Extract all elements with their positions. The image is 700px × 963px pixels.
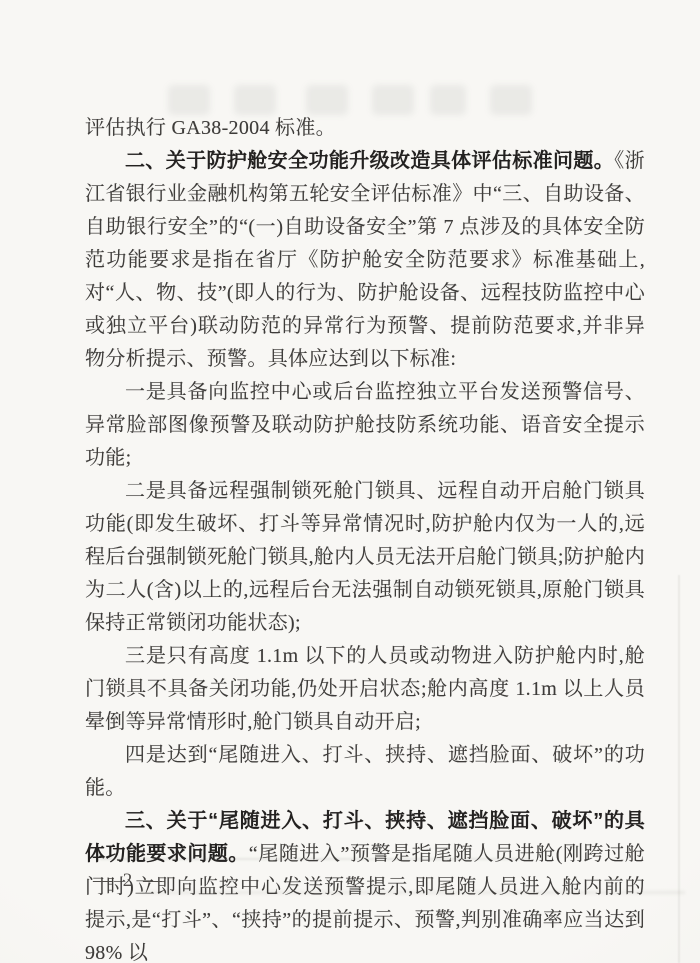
paragraph-text: 四是达到“尾随进入、打斗、挟持、遮挡脸面、破坏”的功能。: [85, 744, 645, 799]
paragraph-item-2: 二是具备远程强制锁死舱门锁具、远程自动开启舱门锁具功能(即发生破坏、打斗等异常情…: [85, 475, 645, 640]
paragraph-text: 一是具备向监控中心或后台监控独立平台发送预警信号、异常脸部图像预警及联动防护舱技…: [85, 381, 645, 469]
ink-bleed-blob: [490, 85, 532, 115]
ink-bleed-blob: [234, 85, 276, 115]
ink-bleed-blob: [372, 85, 414, 115]
paragraph-item-3: 三是只有高度 1.1m 以下的人员或动物进入防护舱内时,舱门锁具不具备关闭功能,…: [85, 640, 645, 739]
section-heading-2: 二、关于防护舱安全功能升级改造具体评估标准问题。: [125, 150, 614, 172]
paragraph-item-1: 一是具备向监控中心或后台监控独立平台发送预警信号、异常脸部图像预警及联动防护舱技…: [85, 376, 645, 475]
paragraph-text: 《浙江省银行业金融机构第五轮安全评估标准》中“三、自助设备、自助银行安全”的“(…: [85, 150, 645, 370]
paragraph-section-2: 二、关于防护舱安全功能升级改造具体评估标准问题。《浙江省银行业金融机构第五轮安全…: [85, 145, 645, 376]
paragraph-item-4: 四是达到“尾随进入、打斗、挟持、遮挡脸面、破坏”的功能。: [85, 739, 645, 805]
paragraph-section-3: 三、关于“尾随进入、打斗、挟持、遮挡脸面、破坏”的具体功能要求问题。“尾随进入”…: [85, 805, 645, 963]
paragraph-text: 三是只有高度 1.1m 以下的人员或动物进入防护舱内时,舱门锁具不具备关闭功能,…: [85, 645, 645, 733]
ink-bleed-blob: [430, 85, 466, 115]
scan-artifact-line: [678, 575, 680, 963]
page-number: — 2 —: [93, 870, 165, 892]
paragraph-continuation: 评估执行 GA38-2004 标准。: [85, 112, 645, 145]
document-body: 评估执行 GA38-2004 标准。 二、关于防护舱安全功能升级改造具体评估标准…: [85, 112, 645, 963]
scanned-document-page: 评估执行 GA38-2004 标准。 二、关于防护舱安全功能升级改造具体评估标准…: [0, 0, 700, 963]
paragraph-text: 二是具备远程强制锁死舱门锁具、远程自动开启舱门锁具功能(即发生破坏、打斗等异常情…: [85, 480, 645, 634]
ink-bleed-blob: [306, 85, 348, 115]
ink-bleed-blob: [168, 85, 210, 115]
